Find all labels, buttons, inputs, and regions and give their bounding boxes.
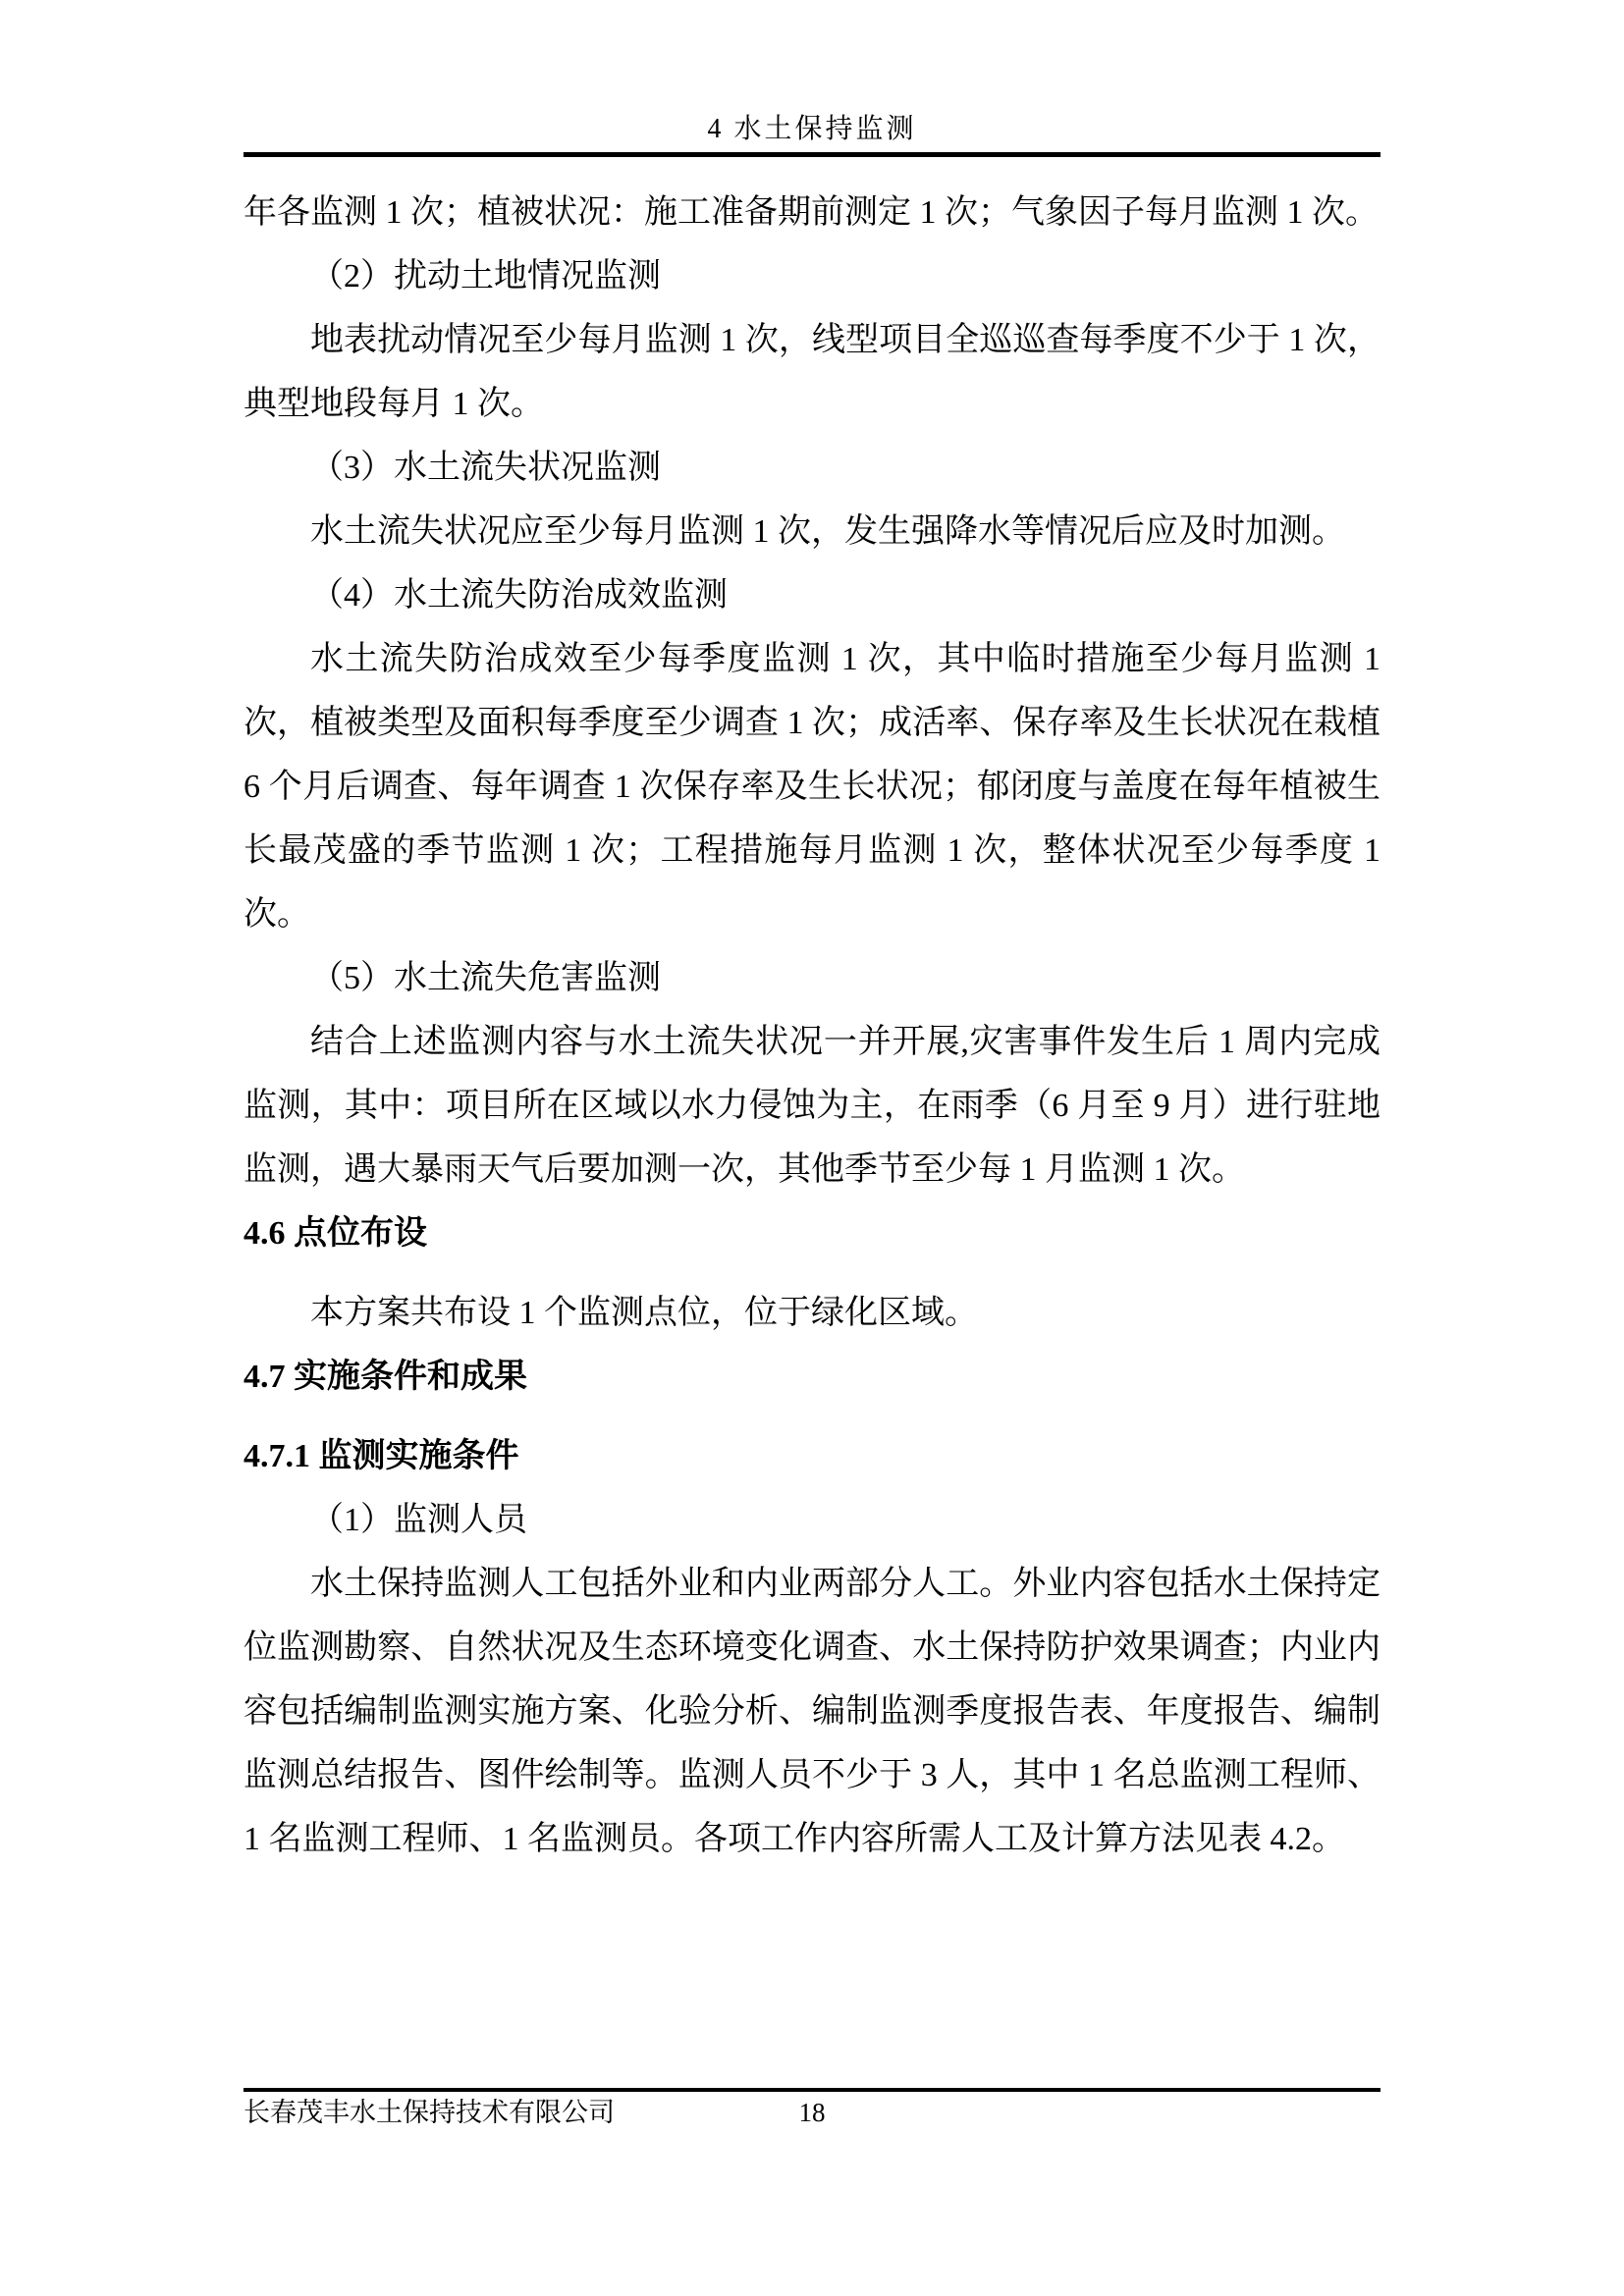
page-footer: 长春茂丰水土保持技术有限公司 18 xyxy=(244,2095,1380,2130)
body-paragraph-item-5: （5）水土流失危害监测 xyxy=(244,946,1380,1010)
body-paragraph: 本方案共布设 1 个监测点位，位于绿化区域。 xyxy=(244,1281,1380,1345)
body-paragraph: 水土流失状况应至少每月监测 1 次，发生强降水等情况后应及时加测。 xyxy=(244,500,1380,563)
section-heading-4-6: 4.6 点位布设 xyxy=(244,1201,1380,1265)
footer-rule xyxy=(244,2088,1380,2092)
body-paragraph-item-2: （2）扰动土地情况监测 xyxy=(244,244,1380,308)
section-heading-4-7-1: 4.7.1 监测实施条件 xyxy=(244,1424,1380,1488)
body-paragraph-item-3: （3）水土流失状况监测 xyxy=(244,436,1380,500)
section-heading-4-7: 4.7 实施条件和成果 xyxy=(244,1345,1380,1409)
body-paragraph: 水土流失防治成效至少每季度监测 1 次，其中临时措施至少每月监测 1 次，植被类… xyxy=(244,627,1380,946)
document-body: 年各监测 1 次；植被状况：施工准备期前测定 1 次；气象因子每月监测 1 次。… xyxy=(244,181,1380,1871)
page-header-title: 4 水土保持监测 xyxy=(244,112,1380,147)
body-paragraph-continued: 年各监测 1 次；植被状况：施工准备期前测定 1 次；气象因子每月监测 1 次。 xyxy=(244,181,1380,244)
footer-company-name: 长春茂丰水土保持技术有限公司 xyxy=(244,2095,615,2130)
body-paragraph: 地表扰动情况至少每月监测 1 次，线型项目全巡巡查每季度不少于 1 次，典型地段… xyxy=(244,308,1380,436)
body-paragraph: 水土保持监测人工包括外业和内业两部分人工。外业内容包括水土保持定位监测勘察、自然… xyxy=(244,1552,1380,1871)
body-paragraph-item-4: （4）水土流失防治成效监测 xyxy=(244,563,1380,627)
header-rule xyxy=(244,152,1380,157)
body-paragraph: 结合上述监测内容与水土流失状况一并开展,灾害事件发生后 1 周内完成监测，其中：… xyxy=(244,1010,1380,1201)
document-page: 4 水土保持监测 年各监测 1 次；植被状况：施工准备期前测定 1 次；气象因子… xyxy=(0,0,1624,2296)
body-paragraph-item-1: （1）监测人员 xyxy=(244,1488,1380,1552)
